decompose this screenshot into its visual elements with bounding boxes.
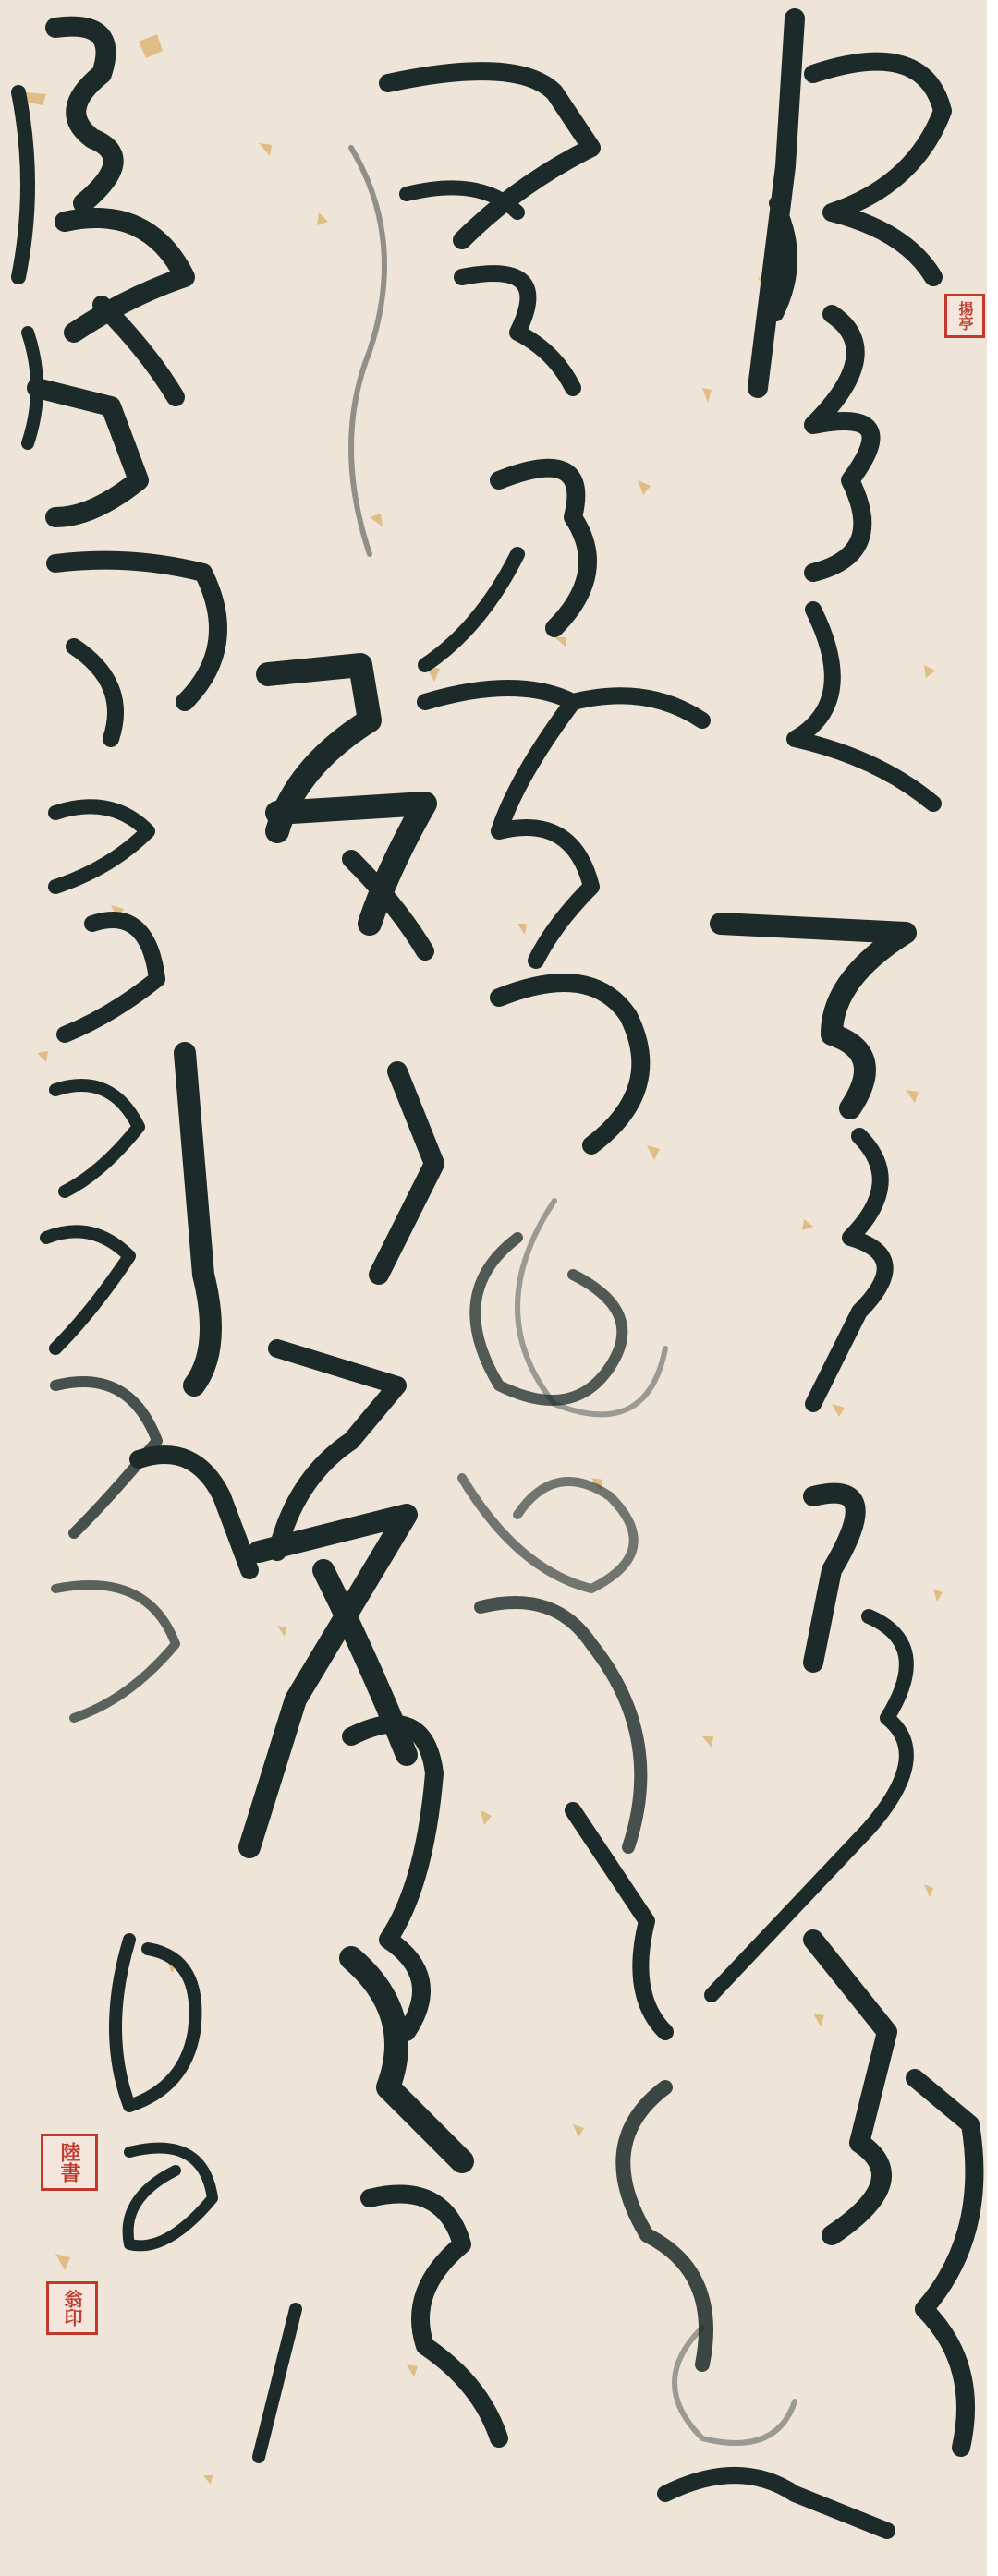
seal-text: 翁印	[63, 2290, 81, 2327]
seal-stamp-top-right: 揚亭	[944, 294, 985, 338]
seal-stamp-lower-left-2: 翁印	[46, 2281, 98, 2335]
seal-stamp-lower-left-1: 陸書	[41, 2134, 98, 2191]
seal-text: 揚亭	[957, 301, 972, 331]
seal-text: 陸書	[59, 2142, 79, 2183]
ink-strokes	[0, 0, 987, 2576]
right-margin	[987, 0, 998, 2576]
calligraphy-scroll: 揚亭 陸書 翁印	[0, 0, 987, 2576]
